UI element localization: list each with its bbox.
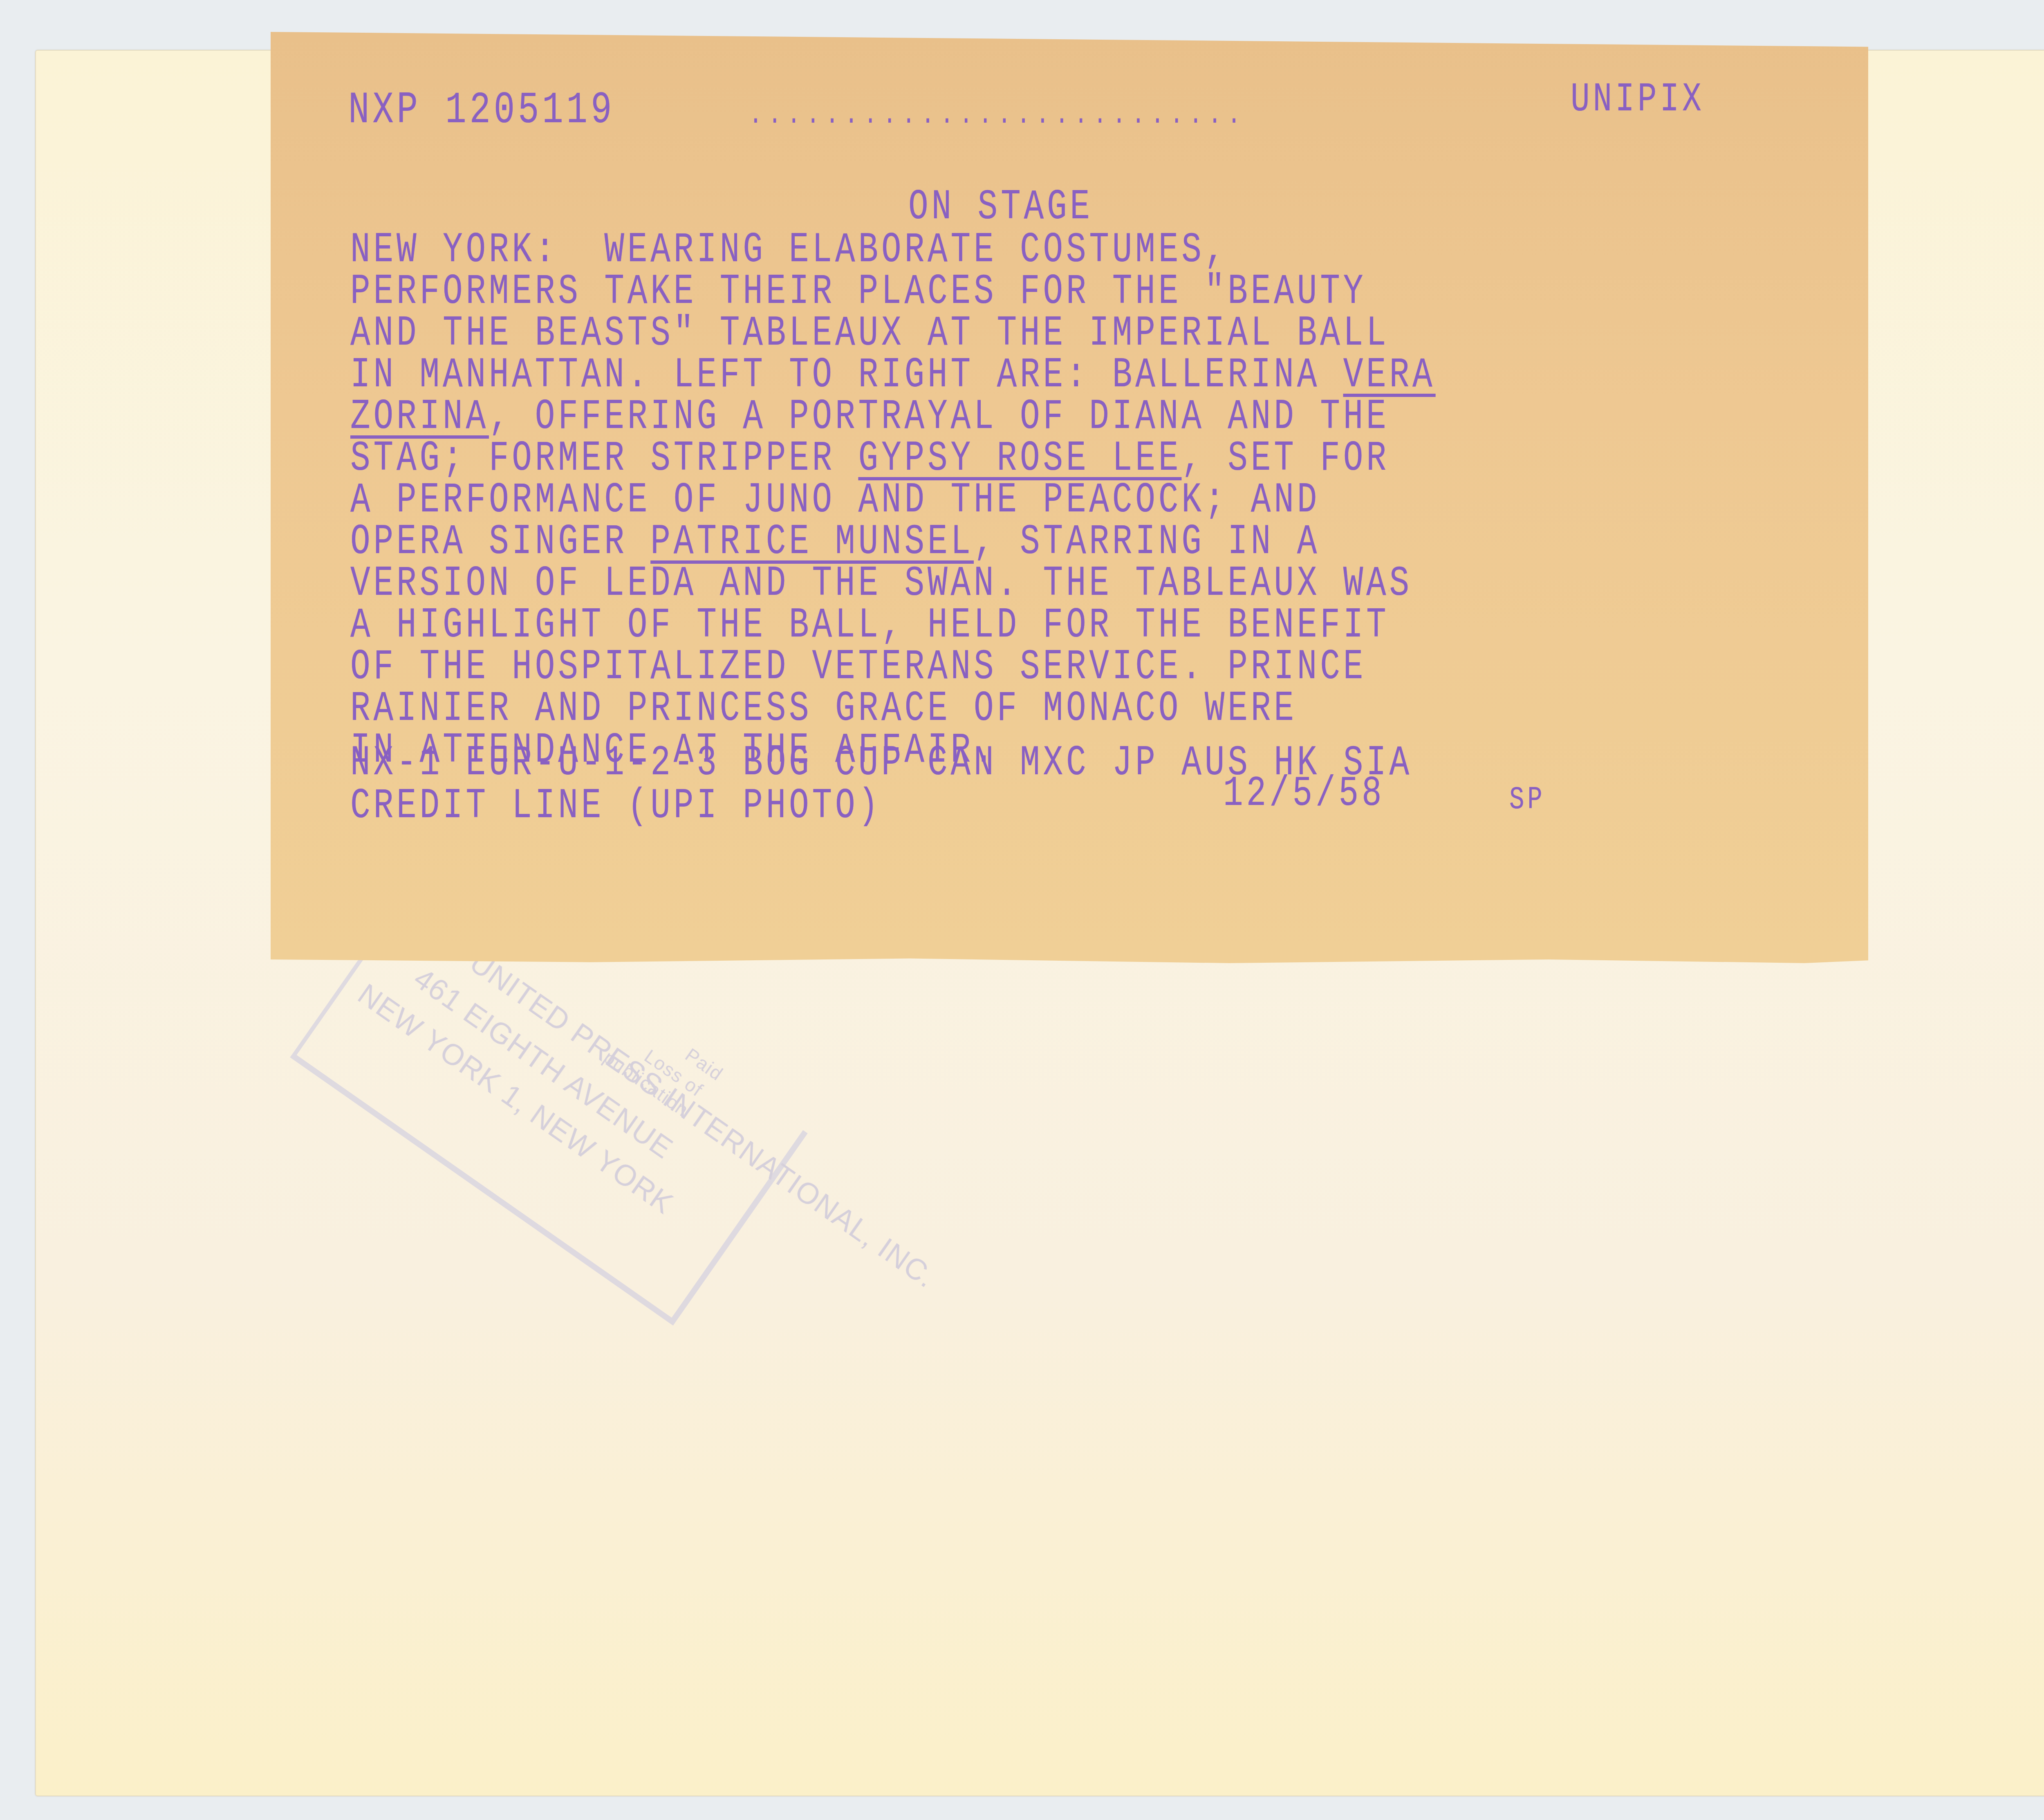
caption-title: ON STAGE: [908, 183, 1093, 231]
caption-line: OF THE HOSPITALIZED VETERANS SERVICE. PR…: [350, 643, 1366, 691]
caption-line: A HIGHLIGHT OF THE BALL, HELD FOR THE BE…: [350, 601, 1390, 650]
underlined-name: GYPSY ROSE LEE: [858, 435, 1182, 483]
caption-line: IN MANHATTAN. LEFT TO RIGHT ARE: BALLERI…: [350, 351, 1436, 399]
caption-line: A PERFORMANCE OF JUNO AND THE PEACOCK; A…: [350, 476, 1320, 524]
caption-line: NEW YORK: WEARING ELABORATE COSTUMES,: [350, 226, 1228, 274]
caption-line: VERSION OF LEDA AND THE SWAN. THE TABLEA…: [350, 560, 1412, 608]
caption-line: OPERA SINGER PATRICE MUNSEL, STARRING IN…: [350, 518, 1320, 566]
caption-date: 12/5/58: [1223, 770, 1385, 818]
caption-line: AND THE BEASTS" TABLEAUX AT THE IMPERIAL…: [350, 309, 1390, 358]
caption-line: PERFORMERS TAKE THEIR PLACES FOR THE "BE…: [350, 268, 1366, 316]
underlined-name: VERA: [1343, 351, 1436, 399]
typist-initials: SP: [1509, 782, 1546, 818]
photo-id: NXP 1205119: [348, 85, 615, 136]
credit-line: CREDIT LINE (UPI PHOTO): [350, 782, 881, 830]
underlined-name: PATRICE MUNSEL: [650, 518, 974, 566]
header-leader-dots: ..........................: [749, 99, 1246, 132]
underlined-name: ZORINA: [350, 393, 489, 441]
caption-clipping: NXP 1205119 .......................... U…: [271, 32, 1868, 963]
caption-line: ZORINA, OFFERING A PORTRAYAL OF DIANA AN…: [350, 393, 1390, 441]
caption-line: RAINIER AND PRINCESS GRACE OF MONACO WER…: [350, 685, 1297, 733]
agency-name: UNIPIX: [1571, 77, 1705, 123]
caption-line: STAG; FORMER STRIPPER GYPSY ROSE LEE, SE…: [350, 435, 1390, 483]
